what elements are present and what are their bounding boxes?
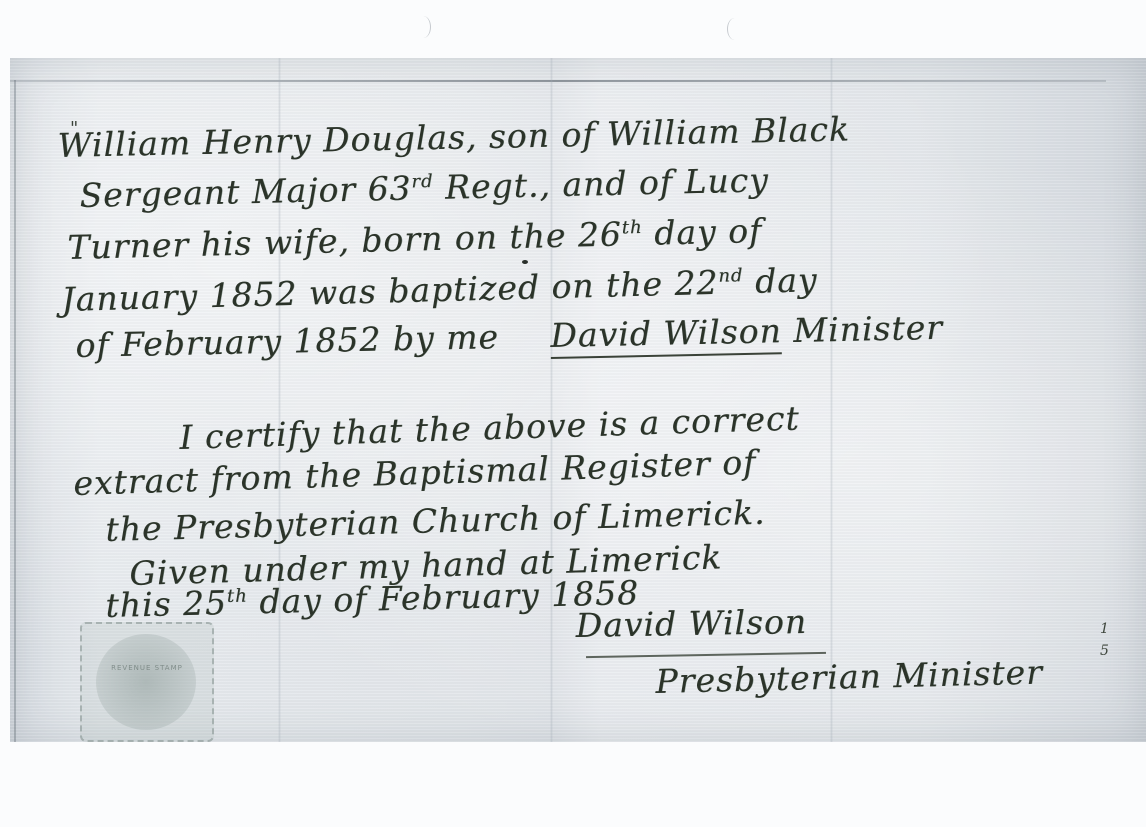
stamp-emboss-icon — [96, 634, 196, 730]
entry-line-1: William Henry Douglas, son of William Bl… — [57, 109, 850, 165]
entry-line-4: January 1852 was baptized on the 22nd da… — [61, 260, 818, 319]
signature-title: Presbyterian Minister — [655, 653, 1043, 701]
fold-line — [550, 58, 553, 742]
ordinal-suffix: th — [621, 217, 642, 239]
document-sheet: " William Henry Douglas, son of William … — [10, 58, 1146, 742]
margin-marks: 1 5 — [1100, 618, 1109, 662]
revenue-stamp: REVENUE STAMP — [80, 622, 214, 742]
ordinal-suffix: nd — [718, 265, 744, 287]
ink-speck — [522, 260, 528, 264]
entry-text: of February 1852 by me — [75, 317, 499, 365]
signature-name: David Wilson — [575, 602, 807, 645]
ruled-border-top — [10, 80, 1106, 82]
ordinal-suffix: th — [227, 586, 248, 608]
entry-text: Turner his wife, born on the 26 — [67, 214, 622, 267]
minister-title-inline: Minister — [793, 308, 943, 350]
punch-hole-icon — [727, 18, 742, 40]
minister-signature-inline: David Wilson — [550, 311, 782, 359]
entry-text: Sergeant Major 63 — [79, 168, 412, 215]
entry-line-2: Sergeant Major 63rd Regt., and of Lucy — [79, 160, 769, 215]
entry-line-3: Turner his wife, born on the 26th day of — [67, 211, 763, 267]
fold-line — [830, 58, 833, 742]
signature-underline — [586, 652, 826, 658]
margin-mark: 5 — [1100, 640, 1109, 662]
entry-text: day — [743, 260, 818, 301]
entry-text: January 1852 was baptized on the 22 — [61, 263, 719, 319]
ruled-border-left — [14, 80, 16, 742]
margin-mark: 1 — [1100, 618, 1109, 640]
entry-text: Regt., and of Lucy — [433, 160, 769, 207]
entry-line-5: of February 1852 by me David Wilson Mini… — [75, 308, 943, 369]
certification-text: this 25 — [105, 583, 227, 625]
punch-hole-icon — [416, 16, 431, 38]
entry-text: day of — [642, 211, 762, 253]
ordinal-suffix: rd — [411, 171, 434, 192]
certification-line-2: extract from the Baptismal Register of — [73, 443, 757, 503]
fold-line — [278, 58, 281, 742]
stamp-label: REVENUE STAMP — [82, 664, 212, 672]
